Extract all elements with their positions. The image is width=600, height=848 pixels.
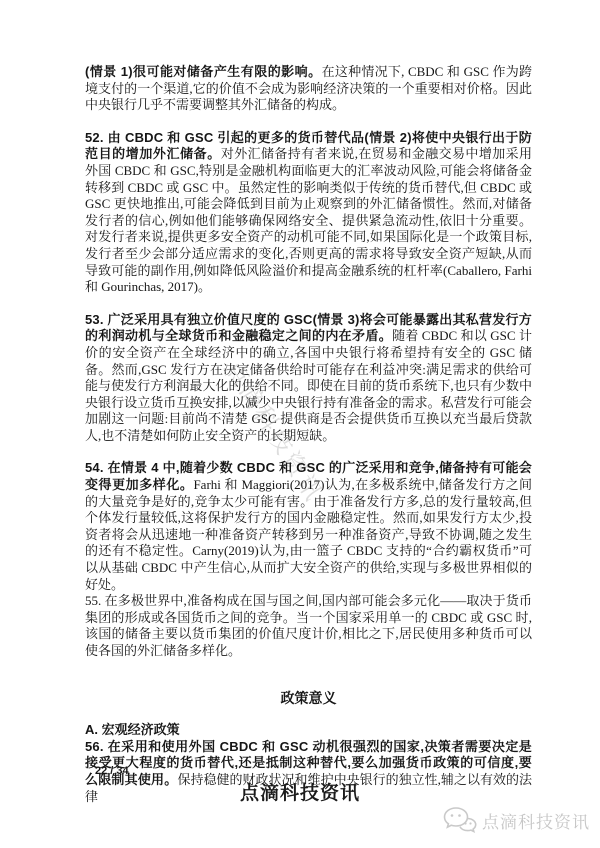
paragraph-lead: (情景 1)很可能对储备产生有限的影响。: [85, 64, 322, 79]
footer-brand: 点滴科技资讯: [0, 778, 600, 805]
paragraph-text: 随着 CBDC 和以 GSC 计价的安全资产在全球经济中的确立,各国中央银行将希…: [85, 328, 532, 443]
paragraph: 55. 在多极世界中,准备构成在国与国之间,国内部可能会多元化——取决于货币集团…: [85, 593, 532, 659]
paragraph-text: 55. 在多极世界中,准备构成在国与国之间,国内部可能会多元化——取决于货币集团…: [85, 593, 532, 658]
paragraph: 54. 在情景 4 中,随着少数 CBDC 和 GSC 的广泛采用和竞争,储备持…: [85, 460, 532, 593]
corner-brand: 点滴科技资讯: [443, 806, 590, 834]
document-body: (情景 1)很可能对储备产生有限的影响。在这种情况下, CBDC 和 GSC 作…: [85, 64, 532, 805]
page-number: 22 / 34: [95, 765, 129, 777]
wechat-bubbles-icon: [443, 806, 477, 834]
subsection-heading: A. 宏观经济政策: [85, 722, 532, 739]
document-page: 点滴科技资讯 (情景 1)很可能对储备产生有限的影响。在这种情况下, CBDC …: [0, 0, 600, 848]
paragraph: 53. 广泛采用具有独立价值尺度的 GSC(情景 3)将会可能暴露出其私营发行方…: [85, 312, 532, 445]
paragraph: 52. 由 CBDC 和 GSC 引起的更多的货币替代品(情景 2)将使中央银行…: [85, 130, 532, 296]
corner-brand-label: 点滴科技资讯: [482, 808, 590, 833]
paragraph-text: 对外汇储备持有者来说,在贸易和金融交易中增加采用外国 CBDC 和 GSC,特别…: [85, 146, 532, 294]
section-heading: 政策意义: [85, 690, 532, 707]
paragraph-text: Farhi 和 Maggiori(2017)认为,在多极系统中,储备发行方之间的…: [85, 477, 532, 592]
paragraph: (情景 1)很可能对储备产生有限的影响。在这种情况下, CBDC 和 GSC 作…: [85, 64, 532, 114]
